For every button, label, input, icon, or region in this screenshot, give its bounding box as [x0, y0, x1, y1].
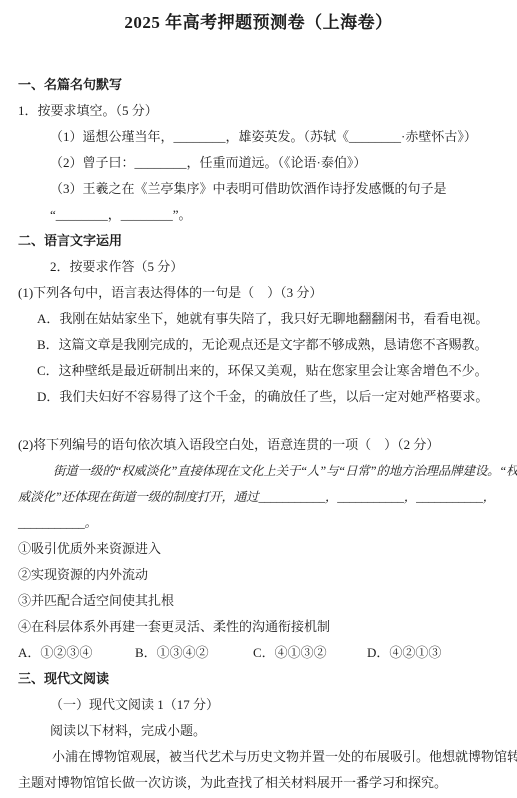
- q2-part1-option-a: A．我刚在姑姑家坐下，她就有事失陪了，我只好无聊地翻翻闲书，看看电视。: [18, 306, 499, 332]
- q2-part2-stem: (2)将下列编号的语句依次填入语段空白处，语意连贯的一项（ ）（2 分）: [18, 432, 499, 458]
- q2-part2-passage-line-2: 威淡化”还体现在街道一级的制度打开，通过___________，________…: [18, 484, 499, 510]
- section-3-heading: 三、现代文阅读: [18, 666, 499, 692]
- q2-part2-passage-line-3: ___________。: [18, 510, 499, 536]
- q2-part2-choice-a: A．①②③④: [18, 640, 135, 666]
- q1-blank-item-1: （1）遥想公瑾当年，________，雄姿英发。（苏轼《________·赤壁怀…: [18, 124, 499, 150]
- section-3-intro-line-1: 小浦在博物馆观展，被当代艺术与历史文物并置一处的布展吸引。他想就博物馆转型: [18, 744, 499, 770]
- section-3-instruction: 阅读以下材料，完成小题。: [18, 718, 499, 744]
- paper-title: 2025 年高考押题预测卷（上海卷）: [18, 10, 499, 36]
- q2-part1-option-d: D．我们夫妇好不容易得了这个千金，的确放任了些，以后一定对她严格要求。: [18, 384, 499, 410]
- question-1-stem: 1．按要求填空。（5 分）: [18, 98, 499, 124]
- q1-blank-item-2: （2）曾子曰：________，任重而道远。（《论语·泰伯》）: [18, 150, 499, 176]
- section-1-heading: 一、名篇名句默写: [18, 72, 499, 98]
- q1-blank-item-3: （3）王羲之在《兰亭集序》中表明可借助饮酒作诗抒发感慨的句子是: [18, 176, 499, 202]
- q2-part2-numbered-item-4: ④在科层体系外再建一套更灵活、柔性的沟通衔接机制: [18, 614, 499, 640]
- q2-part2-choice-row: A．①②③④ B．①③④② C．④①③② D．④②①③: [18, 640, 499, 666]
- q2-part2-choice-b: B．①③④②: [135, 640, 253, 666]
- exam-paper-page: 2025 年高考押题预测卷（上海卷） 一、名篇名句默写 1．按要求填空。（5 分…: [0, 0, 517, 798]
- section-3-sub-heading: （一）现代文阅读 1（17 分）: [18, 692, 499, 718]
- q2-part1-stem: (1)下列各句中，语言表达得体的一句是（ ）（3 分）: [18, 280, 499, 306]
- q2-part2-numbered-item-2: ②实现资源的内外流动: [18, 562, 499, 588]
- q2-part2-numbered-item-1: ①吸引优质外来资源进入: [18, 536, 499, 562]
- section-2-heading: 二、语言文字运用: [18, 228, 499, 254]
- paper-content: 2025 年高考押题预测卷（上海卷） 一、名篇名句默写 1．按要求填空。（5 分…: [0, 0, 517, 796]
- q2-part1-option-b: B．这篇文章是我刚完成的，无论观点还是文字都不够成熟，恳请您不吝赐教。: [18, 332, 499, 358]
- q2-part2-numbered-item-3: ③并匹配合适空间使其扎根: [18, 588, 499, 614]
- question-2-stem: 2．按要求作答（5 分）: [18, 254, 499, 280]
- section-3-intro-line-2: 主题对博物馆馆长做一次访谈，为此查找了相关材料展开一番学习和探究。: [18, 770, 499, 796]
- q2-part2-passage-line-1: 街道一级的“权威淡化”直接体现在文化上关于“人”与“日常”的地方治理品牌建设。“…: [18, 458, 499, 484]
- q2-part2-choice-c: C．④①③②: [253, 640, 367, 666]
- q1-blank-item-3-answer-line: “________，________”。: [18, 202, 499, 228]
- q2-part2-choice-d: D．④②①③: [367, 640, 441, 666]
- q2-part1-option-c: C．这种壁纸是最近研制出来的，环保又美观，贴在您家里会让寒舍增色不少。: [18, 358, 499, 384]
